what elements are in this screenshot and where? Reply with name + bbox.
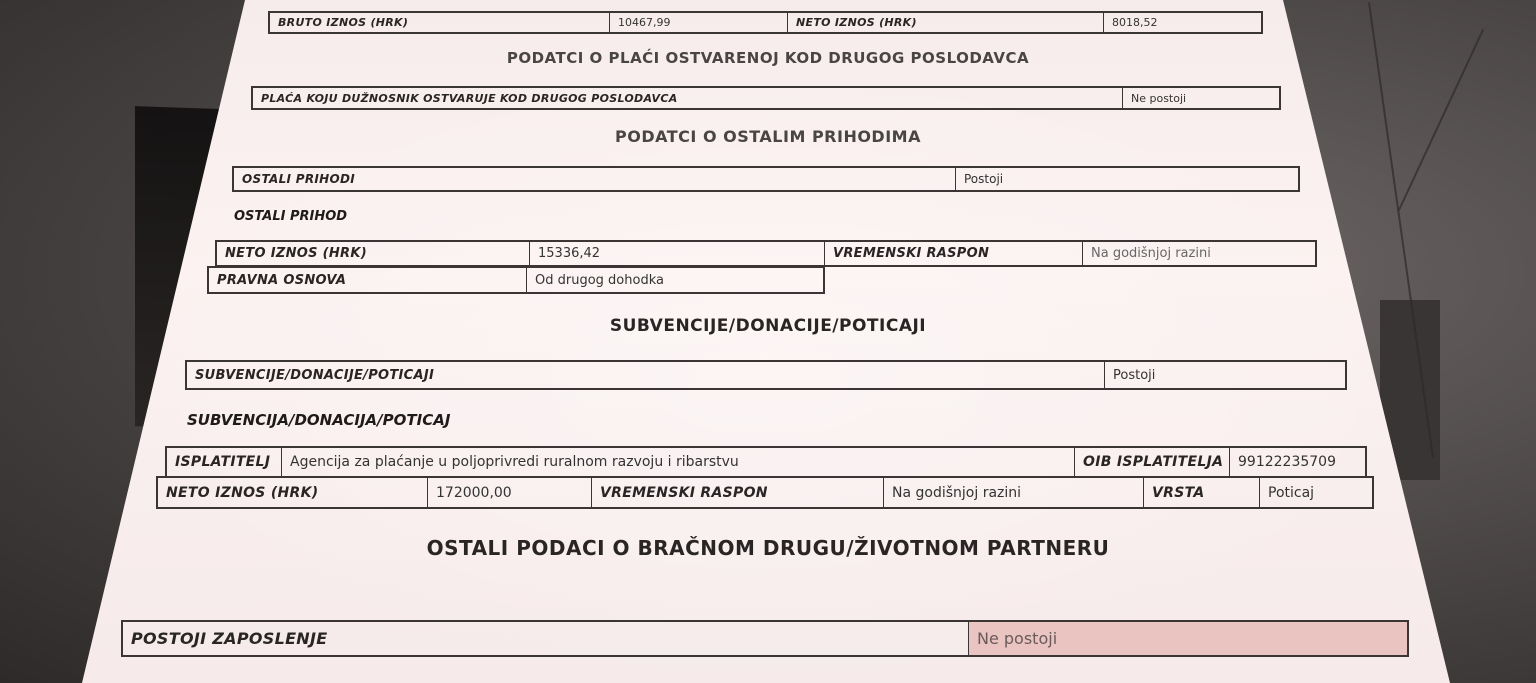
net-value: 8018,52 bbox=[1104, 13, 1261, 32]
other-income-net-value: 15336,42 bbox=[530, 242, 825, 265]
other-income-item-heading: OSTALI PRIHOD bbox=[234, 209, 347, 224]
gross-value: 10467,99 bbox=[610, 13, 788, 32]
section-heading-other-employer: PODATCI O PLAĆI OSTVARENOJ KOD DRUGOG PO… bbox=[0, 49, 1536, 67]
subsidy-period-value: Na godišnjoj razini bbox=[884, 478, 1144, 507]
gross-label: BRUTO IZNOS (HRK) bbox=[270, 13, 610, 32]
other-income-value: Postoji bbox=[956, 168, 1298, 190]
subsidy-detail-row-2: NETO IZNOS (HRK) 172000,00 VREMENSKI RAS… bbox=[156, 476, 1374, 509]
subsidy-detail-row-1: ISPLATITELJ Agencija za plaćanje u poljo… bbox=[165, 446, 1367, 478]
subsidy-payer-label: ISPLATITELJ bbox=[167, 448, 282, 476]
subsidy-oib-label: OIB ISPLATITELJA bbox=[1075, 448, 1230, 476]
subsidies-value: Postoji bbox=[1105, 362, 1345, 388]
other-income-net-label: NETO IZNOS (HRK) bbox=[217, 242, 530, 265]
salary-row: BRUTO IZNOS (HRK) 10467,99 NETO IZNOS (H… bbox=[268, 11, 1263, 34]
other-income-detail-row-2: PRAVNA OSNOVA Od drugog dohodka bbox=[207, 266, 825, 294]
section-heading-subsidies: SUBVENCIJE/DONACIJE/POTICAJI bbox=[0, 316, 1536, 336]
other-income-basis-value: Od drugog dohodka bbox=[527, 268, 823, 292]
spouse-employment-value: Ne postoji bbox=[969, 622, 1407, 655]
subsidy-payer-value: Agencija za plaćanje u poljoprivredi rur… bbox=[282, 448, 1075, 476]
subsidy-net-value: 172000,00 bbox=[428, 478, 592, 507]
subsidy-type-label: VRSTA bbox=[1144, 478, 1260, 507]
subsidies-row: SUBVENCIJE/DONACIJE/POTICAJI Postoji bbox=[185, 360, 1347, 390]
other-employer-label: PLAĆA KOJU DUŽNOSNIK OSTVARUJE KOD DRUGO… bbox=[253, 88, 1123, 108]
other-employer-row: PLAĆA KOJU DUŽNOSNIK OSTVARUJE KOD DRUGO… bbox=[251, 86, 1281, 110]
other-income-detail-row-1: NETO IZNOS (HRK) 15336,42 VREMENSKI RASP… bbox=[215, 240, 1317, 267]
subsidy-period-label: VREMENSKI RASPON bbox=[592, 478, 884, 507]
subsidy-net-label: NETO IZNOS (HRK) bbox=[158, 478, 428, 507]
other-income-basis-label: PRAVNA OSNOVA bbox=[209, 268, 527, 292]
other-income-period-label: VREMENSKI RASPON bbox=[825, 242, 1083, 265]
other-income-period-value: Na godišnjoj razini bbox=[1083, 242, 1315, 265]
other-income-row: OSTALI PRIHODI Postoji bbox=[232, 166, 1300, 192]
other-employer-value: Ne postoji bbox=[1123, 88, 1279, 108]
subsidy-type-value: Poticaj bbox=[1260, 478, 1372, 507]
net-label: NETO IZNOS (HRK) bbox=[788, 13, 1104, 32]
section-heading-other-income: PODATCI O OSTALIM PRIHODIMA bbox=[0, 127, 1536, 146]
subsidies-label: SUBVENCIJE/DONACIJE/POTICAJI bbox=[187, 362, 1105, 388]
spouse-employment-label: POSTOJI ZAPOSLENJE bbox=[123, 622, 969, 655]
subsidy-oib-value: 99122235709 bbox=[1230, 448, 1365, 476]
spouse-employment-row: POSTOJI ZAPOSLENJE Ne postoji bbox=[121, 620, 1409, 657]
subsidy-item-heading: SUBVENCIJA/DONACIJA/POTICAJ bbox=[187, 411, 450, 429]
other-income-label: OSTALI PRIHODI bbox=[234, 168, 956, 190]
section-heading-spouse: OSTALI PODACI O BRAČNOM DRUGU/ŽIVOTNOM P… bbox=[0, 536, 1536, 560]
